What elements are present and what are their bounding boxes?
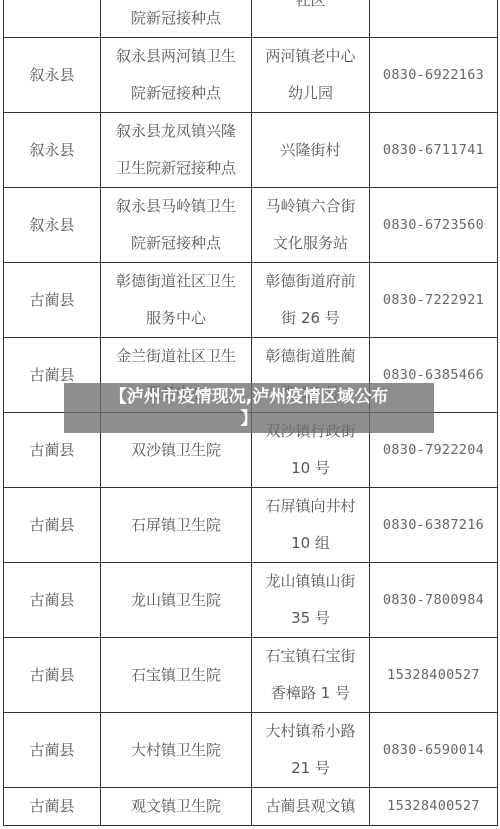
address-line: 10 组: [252, 525, 369, 562]
address-line: 文化服务站: [252, 225, 369, 262]
county-text: 古蔺县: [29, 591, 74, 609]
site-cell: 龙山镇卫生院: [101, 563, 252, 638]
site-cell: 叙永县两河镇卫生院新冠接种点: [101, 38, 252, 113]
address-line: 幼儿园: [252, 75, 369, 112]
county-cell: 古蔺县: [4, 488, 101, 563]
phone-text: 0830-6387216: [383, 517, 484, 533]
phone-cell: 0830-6922163: [370, 38, 498, 113]
site-cell: 叙永县马岭镇卫生院新冠接种点: [101, 188, 252, 263]
site-line: 金兰街道社区卫生: [101, 338, 251, 375]
article-title-banner: 【泸州市疫情现况,泸州疫情区域公布 】: [64, 383, 434, 433]
table-row: 古蔺县石屏镇卫生院石屏镇向井村10 组0830-6387216: [4, 488, 498, 563]
county-text: 古蔺县: [29, 516, 74, 534]
county-text: 古蔺县: [29, 366, 74, 384]
site-line: 双沙镇卫生院: [101, 432, 251, 469]
address-cell: 石宝镇石宝街香樟路 1 号: [252, 638, 370, 713]
phone-cell: 15328400527: [370, 788, 498, 826]
site-cell: 叙永县…卫生院新冠接种点: [101, 0, 252, 38]
phone-text: 0830-7222921: [383, 292, 484, 308]
address-line: 古蔺县观文镇: [252, 788, 369, 825]
address-line: 10 号: [252, 450, 369, 487]
phone-text: 0830-6385466: [383, 367, 484, 383]
site-line: 彰德街道社区卫生: [101, 263, 251, 300]
address-line: 彰德街道府前: [252, 263, 369, 300]
phone-cell: 0830-6723560: [370, 188, 498, 263]
county-text: 古蔺县: [29, 741, 74, 759]
table-row: 古蔺县大村镇卫生院大村镇希小路21 号0830-6590014: [4, 713, 498, 788]
phone-text: 0830-7922204: [383, 442, 484, 458]
address-cell: 石屏镇向井村10 组: [252, 488, 370, 563]
site-line: 院新冠接种点: [101, 0, 251, 37]
phone-text: 0830-6590014: [383, 742, 484, 758]
site-cell: 大村镇卫生院: [101, 713, 252, 788]
county-cell: 古蔺县: [4, 788, 101, 826]
site-line: 叙永县两河镇卫生: [101, 38, 251, 75]
table-row: 古蔺县石宝镇卫生院石宝镇石宝街香樟路 1 号15328400527: [4, 638, 498, 713]
banner-title-line1: 【泸州市疫情现况,泸州疫情区域公布: [64, 386, 434, 408]
phone-cell: 0830-7222921: [370, 263, 498, 338]
address-line: 彰德街道胜蔺: [252, 338, 369, 375]
county-text: 古蔺县: [29, 441, 74, 459]
phone-text: 0830-6723560: [383, 217, 484, 233]
county-text: 叙永县: [29, 66, 74, 84]
address-cell: 古蔺县观文镇: [252, 788, 370, 826]
county-cell: 古蔺县: [4, 713, 101, 788]
table-row: 叙永县叙永县两河镇卫生院新冠接种点两河镇老中心幼儿园0830-6922163: [4, 38, 498, 113]
county-cell: 古蔺县: [4, 638, 101, 713]
address-line: 石屏镇向井村: [252, 488, 369, 525]
table-row: 古蔺县龙山镇卫生院龙山镇镇山街35 号0830-7800984: [4, 563, 498, 638]
table-row: 古蔺县观文镇卫生院古蔺县观文镇15328400527: [4, 788, 498, 826]
site-line: 龙山镇卫生院: [101, 582, 251, 619]
county-cell: [4, 0, 101, 38]
address-line: 马岭镇六合街: [252, 188, 369, 225]
site-line: 服务中心: [101, 300, 251, 337]
site-line: 卫生院新冠接种点: [101, 150, 251, 187]
site-cell: 观文镇卫生院: [101, 788, 252, 826]
address-line: 街 26 号: [252, 300, 369, 337]
phone-cell: 0830-7800984: [370, 563, 498, 638]
site-line: 观文镇卫生院: [101, 788, 251, 825]
phone-text: 15328400527: [387, 667, 480, 683]
site-line: 石宝镇卫生院: [101, 657, 251, 694]
county-text: 叙永县: [29, 216, 74, 234]
county-cell: 古蔺县: [4, 263, 101, 338]
site-line: 叙永县龙凤镇兴隆: [101, 113, 251, 150]
county-text: 古蔺县: [29, 666, 74, 684]
address-cell: 兴隆街村: [252, 113, 370, 188]
address-line: 两河镇老中心: [252, 38, 369, 75]
county-text: 叙永县: [29, 141, 74, 159]
address-line: 35 号: [252, 600, 369, 637]
site-line: 院新冠接种点: [101, 225, 251, 262]
site-line: 大村镇卫生院: [101, 732, 251, 769]
table-row: 叙永县…卫生院新冠接种点社区: [4, 0, 498, 38]
address-line: 兴隆街村: [252, 132, 369, 169]
county-cell: 古蔺县: [4, 563, 101, 638]
county-text: 古蔺县: [29, 291, 74, 309]
site-cell: 石屏镇卫生院: [101, 488, 252, 563]
site-cell: 石宝镇卫生院: [101, 638, 252, 713]
phone-text: 0830-6711741: [383, 142, 484, 158]
address-line: 大村镇希小路: [252, 713, 369, 750]
phone-cell: 0830-6711741: [370, 113, 498, 188]
site-cell: 叙永县龙凤镇兴隆卫生院新冠接种点: [101, 113, 252, 188]
address-cell: 大村镇希小路21 号: [252, 713, 370, 788]
phone-text: 0830-6922163: [383, 67, 484, 83]
site-line: 石屏镇卫生院: [101, 507, 251, 544]
table-row: 古蔺县彰德街道社区卫生服务中心彰德街道府前街 26 号0830-7222921: [4, 263, 498, 338]
site-line: 叙永县马岭镇卫生: [101, 188, 251, 225]
county-cell: 叙永县: [4, 113, 101, 188]
phone-text: 0830-7800984: [383, 592, 484, 608]
site-cell: 彰德街道社区卫生服务中心: [101, 263, 252, 338]
address-cell: 龙山镇镇山街35 号: [252, 563, 370, 638]
address-line: 21 号: [252, 750, 369, 787]
address-cell: 社区: [252, 0, 370, 38]
phone-text: 15328400527: [387, 798, 480, 814]
county-cell: 叙永县: [4, 38, 101, 113]
county-cell: 叙永县: [4, 188, 101, 263]
table-row: 叙永县叙永县马岭镇卫生院新冠接种点马岭镇六合街文化服务站0830-6723560: [4, 188, 498, 263]
address-line: 香樟路 1 号: [252, 675, 369, 712]
address-cell: 彰德街道府前街 26 号: [252, 263, 370, 338]
address-line: 龙山镇镇山街: [252, 563, 369, 600]
address-line: 社区: [252, 0, 369, 19]
address-cell: 马岭镇六合街文化服务站: [252, 188, 370, 263]
phone-cell: 15328400527: [370, 638, 498, 713]
phone-cell: [370, 0, 498, 38]
table-row: 叙永县叙永县龙凤镇兴隆卫生院新冠接种点兴隆街村0830-6711741: [4, 113, 498, 188]
phone-cell: 0830-6590014: [370, 713, 498, 788]
address-line: 石宝镇石宝街: [252, 638, 369, 675]
site-line: 院新冠接种点: [101, 75, 251, 112]
county-text: 古蔺县: [29, 797, 74, 815]
phone-cell: 0830-6387216: [370, 488, 498, 563]
address-cell: 两河镇老中心幼儿园: [252, 38, 370, 113]
banner-title-line2: 】: [64, 408, 434, 430]
